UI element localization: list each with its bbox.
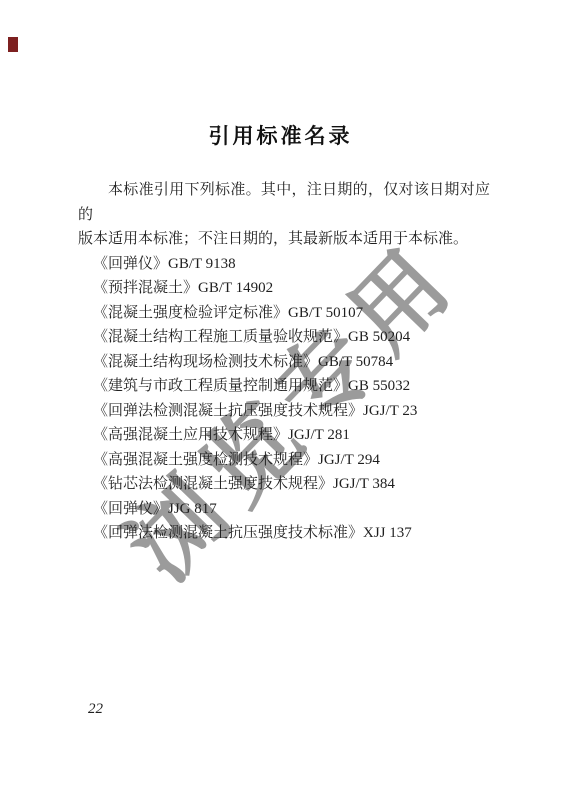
document-page: 浏览专用 引用标准名录 本标准引用下列标准。其中，注日期的，仅对该日期对应的 版… bbox=[0, 0, 561, 804]
standard-item: 《回弹仪》GB/T 9138 bbox=[78, 252, 490, 277]
standard-item: 《高强混凝土应用技术规程》JGJ/T 281 bbox=[78, 423, 490, 448]
intro-line-2: 版本适用本标准；不注日期的，其最新版本适用于本标准。 bbox=[78, 227, 490, 252]
standard-item: 《高强混凝土强度检测技术规程》JGJ/T 294 bbox=[78, 448, 490, 473]
page-title: 引用标准名录 bbox=[0, 120, 561, 150]
standard-item: 《混凝土强度检验评定标准》GB/T 50107 bbox=[78, 301, 490, 326]
standard-item: 《混凝土结构工程施工质量验收规范》GB 50204 bbox=[78, 325, 490, 350]
standard-item: 《回弹法检测混凝土抗压强度技术标准》XJJ 137 bbox=[78, 521, 490, 546]
corner-red-mark bbox=[8, 37, 18, 52]
standard-item: 《回弹仪》JJG 817 bbox=[78, 497, 490, 522]
standard-item: 《混凝土结构现场检测技术标准》GB/T 50784 bbox=[78, 350, 490, 375]
standard-item: 《钻芯法检测混凝土强度技术规程》JGJ/T 384 bbox=[78, 472, 490, 497]
standard-item: 《回弹法检测混凝土抗压强度技术规程》JGJ/T 23 bbox=[78, 399, 490, 424]
page-number: 22 bbox=[88, 701, 103, 718]
intro-line-1: 本标准引用下列标准。其中，注日期的，仅对该日期对应的 bbox=[78, 178, 490, 227]
standard-item: 《预拌混凝土》GB/T 14902 bbox=[78, 276, 490, 301]
body-text-block: 本标准引用下列标准。其中，注日期的，仅对该日期对应的 版本适用本标准；不注日期的… bbox=[78, 178, 490, 546]
standard-item: 《建筑与市政工程质量控制通用规范》GB 55032 bbox=[78, 374, 490, 399]
